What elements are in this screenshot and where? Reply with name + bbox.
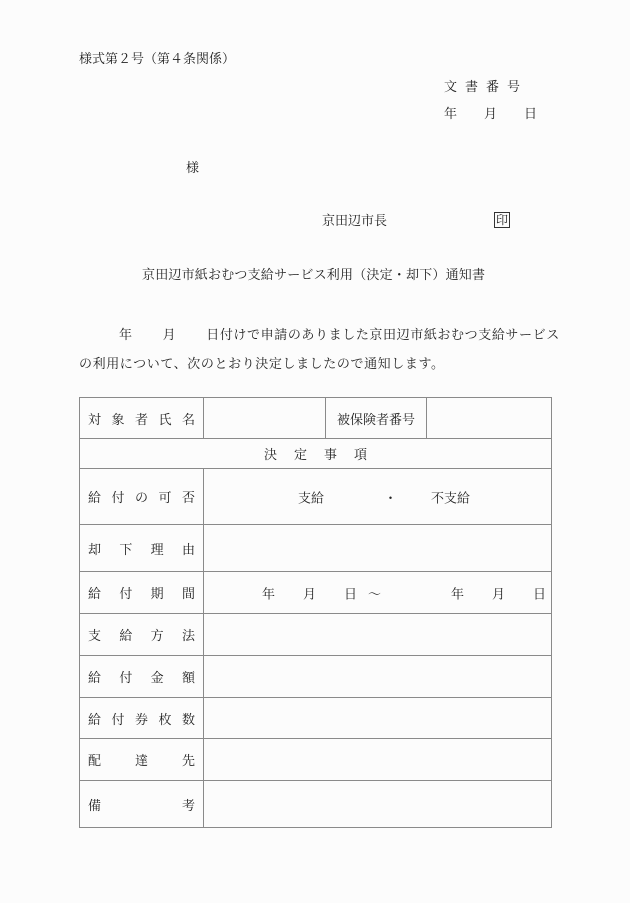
seal-mark: 印 <box>494 212 510 228</box>
date-year: 年 <box>444 108 457 121</box>
amount-field[interactable] <box>204 656 552 698</box>
decision-table: 対 象 者 氏 名 被保険者番号 決 定 事 項 給 付 の <box>79 397 552 828</box>
payment-method-label: 支 給 方 法 <box>80 614 204 656</box>
option-separator: ・ <box>384 487 397 506</box>
voucher-count-label: 給 付 券 枚 数 <box>80 698 204 739</box>
approval-field[interactable]: 支給 ・ 不支給 <box>204 469 552 525</box>
period-field[interactable]: 年 月 日 ～ 年 月 日 <box>204 572 552 614</box>
date-month: 月 <box>484 108 497 121</box>
payment-method-field[interactable] <box>204 614 552 656</box>
insured-number-field[interactable] <box>427 398 552 439</box>
payment-method-row: 支 給 方 法 <box>80 614 552 656</box>
decision-section-row: 決 定 事 項 <box>80 439 552 469</box>
decision-section-header: 決 定 事 項 <box>80 439 552 469</box>
period-label: 給 付 期 間 <box>80 572 204 614</box>
voucher-count-row: 給 付 券 枚 数 <box>80 698 552 739</box>
period-start-month: 月 <box>303 583 316 602</box>
notice-body: 年月日付けで申請のありました京田辺市紙おむつ支給サービス の利用について、次のと… <box>79 321 559 379</box>
subject-row: 対 象 者 氏 名 被保険者番号 <box>80 398 552 439</box>
period-end-day: 日 <box>533 583 546 602</box>
rejection-reason-field[interactable] <box>204 525 552 572</box>
body-line-1: 年月日付けで申請のありました京田辺市紙おむつ支給サービス <box>79 321 559 350</box>
addressee-honorific: 様 <box>186 162 199 175</box>
option-reject[interactable]: 不支給 <box>431 487 470 506</box>
insured-number-label: 被保険者番号 <box>326 398 427 439</box>
period-start-year: 年 <box>262 583 275 602</box>
period-row: 給 付 期 間 年 月 日 ～ 年 月 日 <box>80 572 552 614</box>
body-month: 月 <box>163 328 177 343</box>
period-end-year: 年 <box>451 583 464 602</box>
body-line1-rest: 日付けで申請のありました京田辺市紙おむつ支給サービス <box>206 328 560 343</box>
form-number: 様式第２号（第４条関係） <box>79 53 235 66</box>
delivery-address-row: 配 達 先 <box>80 739 552 781</box>
amount-row: 給 付 金 額 <box>80 656 552 698</box>
document-number-label: 文書番号 <box>444 81 528 94</box>
approval-row: 給 付 の 可 否 支給 ・ 不支給 <box>80 469 552 525</box>
period-start-day: 日 <box>344 583 357 602</box>
remarks-label: 備 考 <box>80 781 204 828</box>
rejection-reason-label: 却 下 理 由 <box>80 525 204 572</box>
date-day: 日 <box>524 108 537 121</box>
remarks-field[interactable] <box>204 781 552 828</box>
voucher-count-field[interactable] <box>204 698 552 739</box>
amount-label: 給 付 金 額 <box>80 656 204 698</box>
period-tilde: ～ <box>368 583 381 602</box>
delivery-address-field[interactable] <box>204 739 552 781</box>
issuer-name: 京田辺市長 <box>322 215 387 228</box>
subject-name-label: 対 象 者 氏 名 <box>80 398 204 439</box>
remarks-row: 備 考 <box>80 781 552 828</box>
document-title: 京田辺市紙おむつ支給サービス利用（決定・却下）通知書 <box>142 269 485 282</box>
option-approve[interactable]: 支給 <box>298 487 324 506</box>
body-year: 年 <box>119 328 133 343</box>
delivery-address-label: 配 達 先 <box>80 739 204 781</box>
subject-name-field[interactable] <box>204 398 326 439</box>
body-line-2: の利用について、次のとおり決定しましたので通知します。 <box>79 350 559 379</box>
period-end-month: 月 <box>492 583 505 602</box>
rejection-reason-row: 却 下 理 由 <box>80 525 552 572</box>
approval-label: 給 付 の 可 否 <box>80 469 204 525</box>
